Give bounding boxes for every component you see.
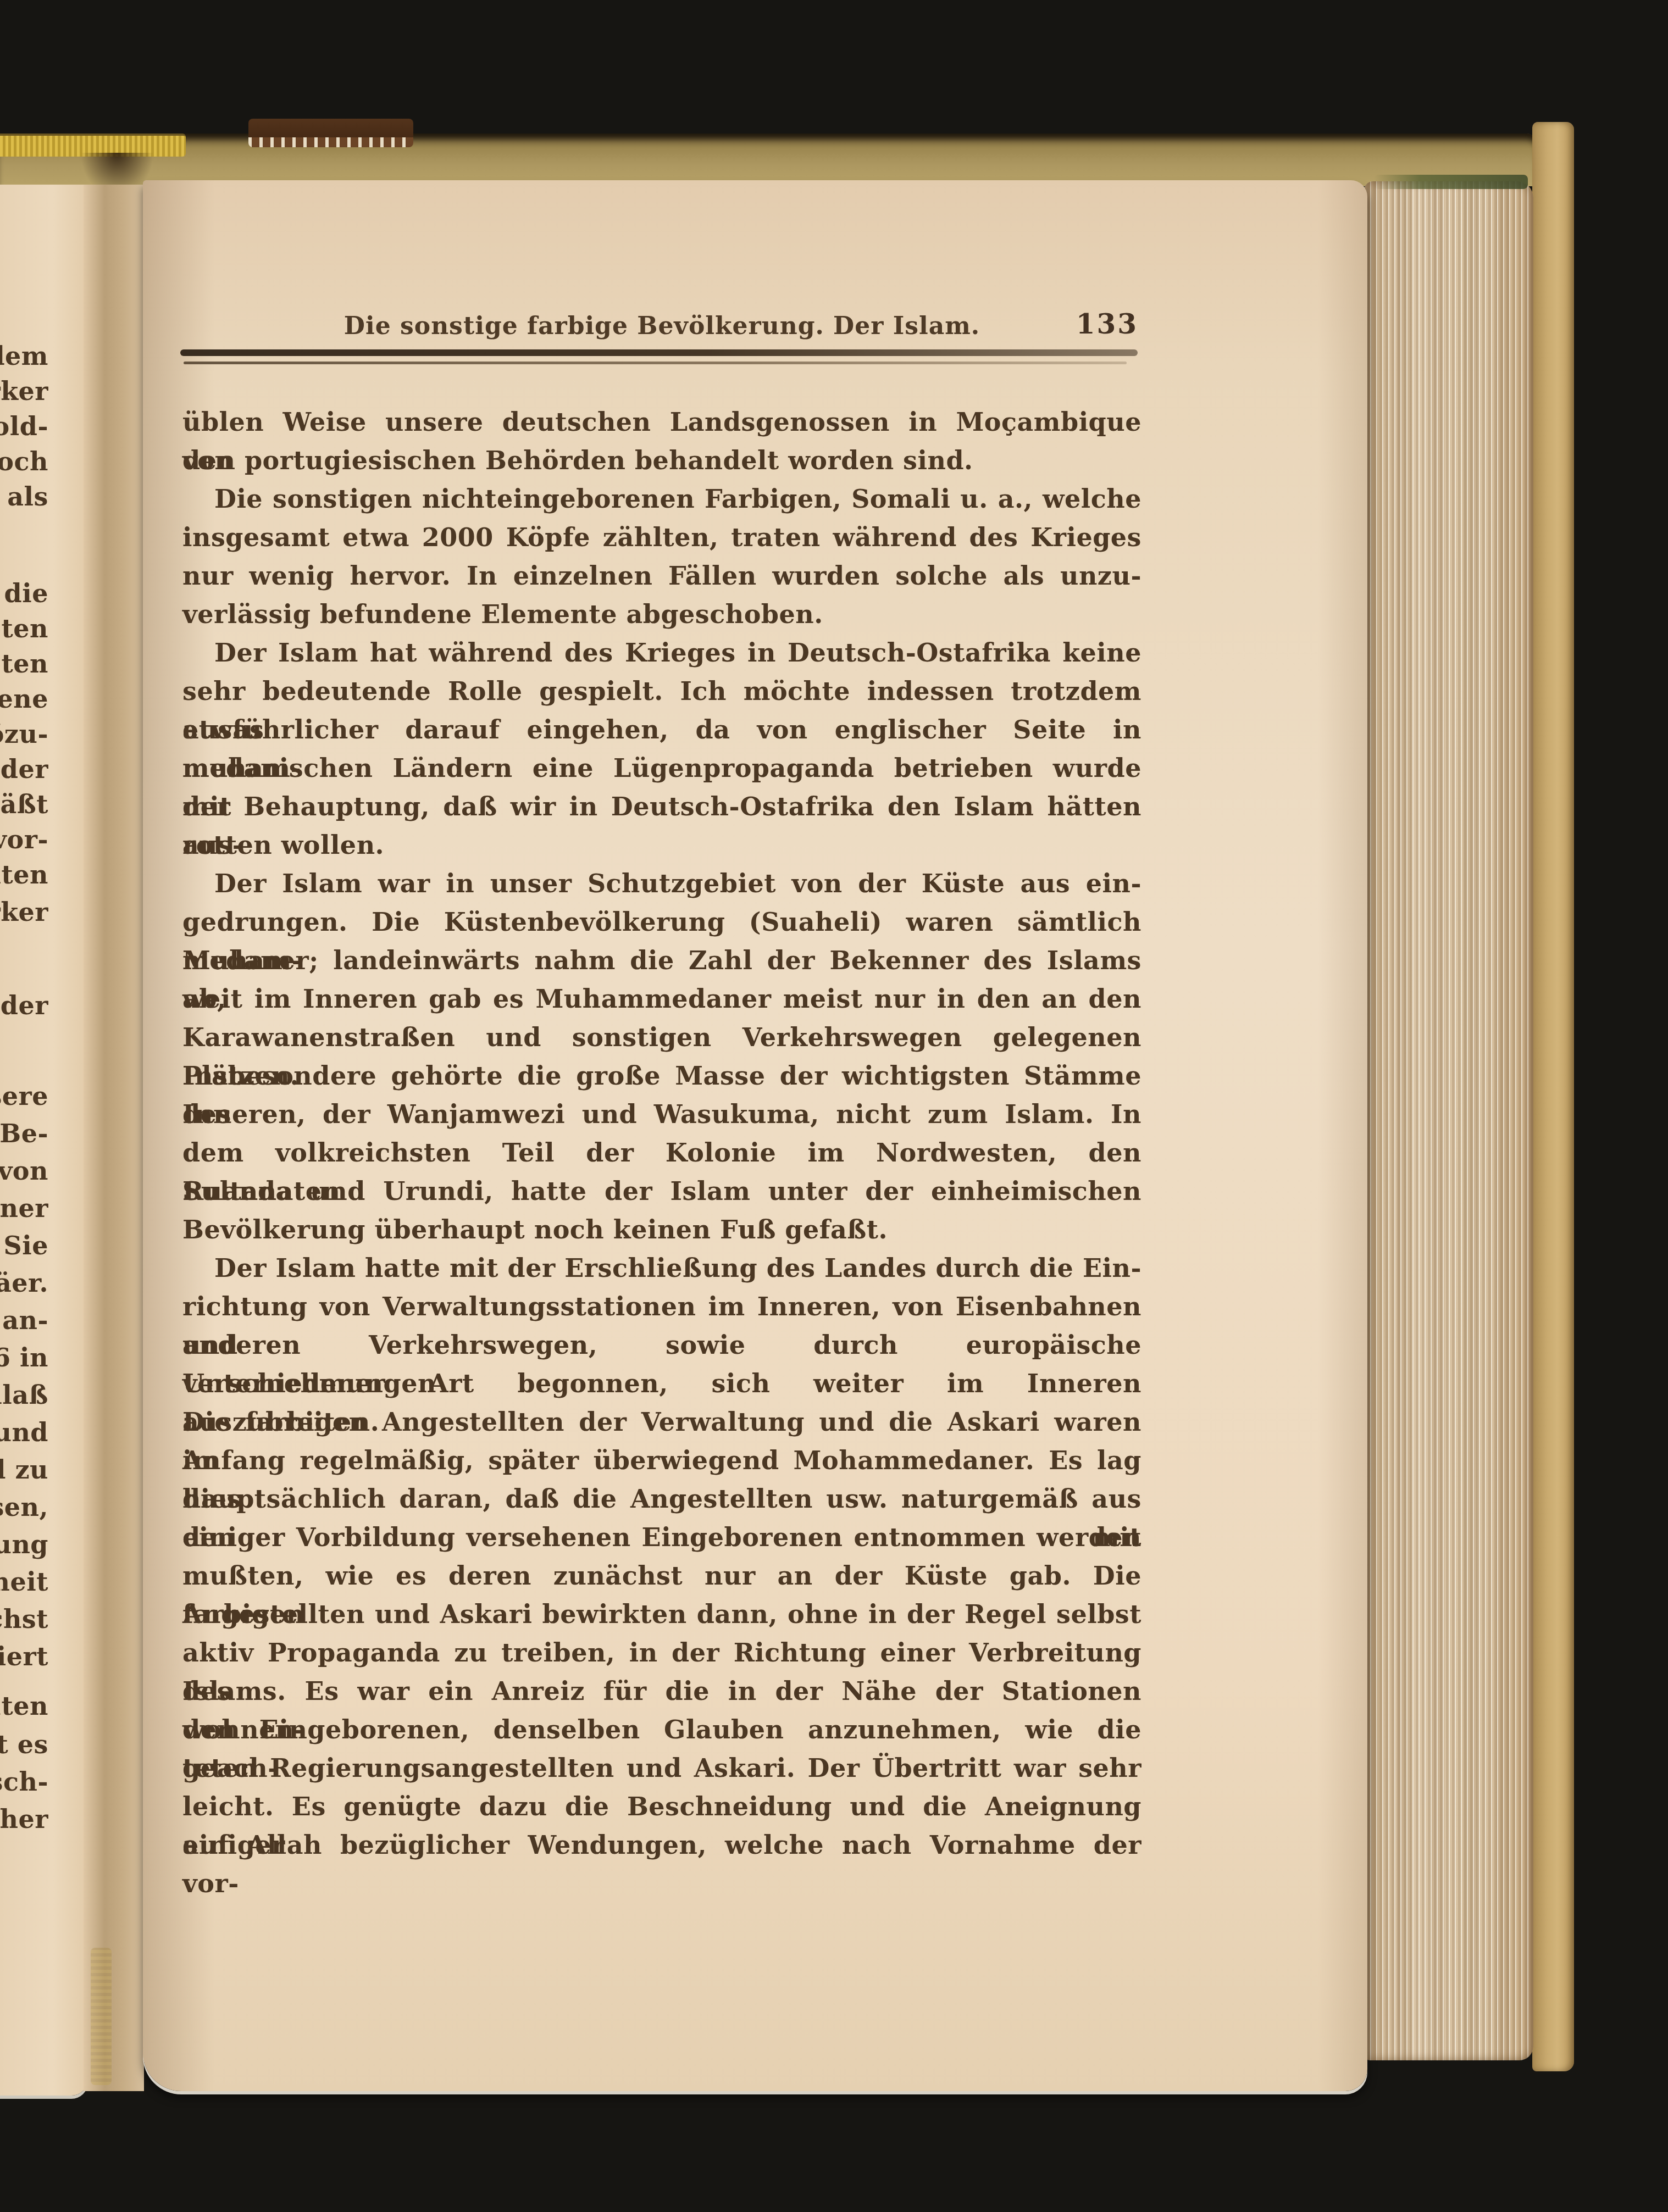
left-page-text-fragment: als [7, 480, 48, 513]
top-edge-green-stain [1374, 175, 1528, 189]
text-line: Anfang regelmäßig, später überwiegend Mo… [182, 1441, 1141, 1480]
text-line: Insbesondere gehörte die große Masse der… [182, 1057, 1141, 1095]
book-top-edge [0, 134, 1534, 186]
text-line: richtung von Verwaltungsstationen im Inn… [182, 1287, 1141, 1326]
text-line: Der Islam hat während des Krieges in Deu… [182, 633, 1141, 672]
left-page-text-fragment: dem [0, 340, 48, 373]
left-page-text-fragment: ächst [0, 1603, 48, 1636]
left-page-text-fragment: t es [0, 1728, 48, 1761]
cover-board-edge [1532, 122, 1574, 2071]
text-line: Inneren, der Wanjamwezi und Wasukuma, ni… [182, 1095, 1141, 1133]
text-line: gedrungen. Die Küstenbevölkerung (Suahel… [182, 903, 1141, 941]
left-page-text-fragment: Sie [4, 1229, 48, 1262]
body-text: üblen Weise unsere deutschen Landsgenoss… [182, 403, 1141, 1864]
left-page-text-fragment: sisch- [0, 1765, 48, 1798]
left-page-text-fragment: der [1, 989, 48, 1022]
text-line: Die farbigen Angestellten der Verwaltung… [182, 1403, 1141, 1441]
text-line: verlässig befundene Elemente abgeschoben… [182, 595, 1141, 633]
text-line: Der Islam war in unser Schutzgebiet von … [182, 864, 1141, 903]
left-page-text-fragment: iheit [0, 1565, 48, 1598]
left-page-text-fragment: iner [0, 1192, 48, 1225]
left-page-text-fragment: rene [0, 682, 48, 715]
text-line: hauptsächlich daran, daß die Angestellte… [182, 1480, 1141, 1518]
text-line: medanischen Ländern eine Lügenpropaganda… [182, 749, 1141, 787]
left-page-text-fragment: iten [0, 858, 48, 891]
text-line: aktiv Propaganda zu treiben, in der Rich… [182, 1633, 1141, 1672]
text-line: rotten wollen. [182, 826, 1141, 864]
text-line: der Behauptung, daß wir in Deutsch-Ostaf… [182, 787, 1141, 826]
left-page-text-fragment: oten [0, 612, 48, 645]
text-line: Bevölkerung überhaupt noch keinen Fuß ge… [182, 1210, 1141, 1249]
text-line: nur wenig hervor. In einzelnen Fällen wu… [182, 557, 1141, 595]
right-page: Die sonstige farbige Bevölkerung. Der Is… [143, 180, 1367, 2091]
text-line: verschiedener Art begonnen, sich weiter … [182, 1364, 1141, 1403]
fore-edge-pages [1364, 181, 1533, 2060]
left-page-text-fragment: äer. [0, 1266, 48, 1299]
text-line: Islams. Es war ein Anreiz für die in der… [182, 1672, 1141, 1710]
headband [248, 119, 413, 147]
text-line: mußten, wie es deren zunächst nur an der… [182, 1557, 1141, 1595]
left-page-text-fragment: an- [2, 1304, 48, 1337]
left-page-text-fragment: 6 in [0, 1341, 48, 1374]
text-line: ausführlicher darauf eingehen, da von en… [182, 710, 1141, 749]
left-page-text-fragment: özu- [0, 718, 48, 751]
left-page-text-fragment: rung [0, 1528, 48, 1561]
left-page-text-fragment: die [4, 577, 48, 610]
gutter-shadow [84, 185, 144, 2091]
header-rule-thick [180, 349, 1138, 356]
left-page-text-fragment: der [1, 753, 48, 786]
text-line: Die sonstigen nichteingeborenen Farbigen… [182, 480, 1141, 518]
left-page-text-fragment: esen, [0, 1491, 48, 1524]
left-page-text-fragment: lcher [0, 1803, 48, 1836]
text-line: weit im Inneren gab es Muhammedaner meis… [182, 980, 1141, 1018]
text-line: Karawanenstraßen und sonstigen Verkehrsw… [182, 1018, 1141, 1057]
text-line: üblen Weise unsere deutschen Landsgenoss… [182, 403, 1141, 441]
left-page-text-fragment: old- [0, 410, 48, 443]
text-line: Ruanda und Urundi, hatte der Islam unter… [182, 1172, 1141, 1210]
text-line: auf Allah bezüglicher Wendungen, welche … [182, 1826, 1141, 1864]
text-line: sehr bedeutende Rolle gespielt. Ich möch… [182, 672, 1141, 710]
left-page-text-fragment: oten [0, 647, 48, 680]
gold-ribbon-tail [91, 1948, 112, 2085]
left-page-text-fragment: Be- [0, 1117, 48, 1150]
left-page-text-fragment: nlaß [0, 1379, 48, 1411]
text-line: dem volkreichsten Teil der Kolonie im No… [182, 1133, 1141, 1172]
text-line: teten Regierungsangestellten und Askari.… [182, 1749, 1141, 1787]
left-page-text-fragment: rker [0, 375, 48, 408]
left-page-text-fragment: und [0, 1416, 48, 1449]
text-line: medaner; landeinwärts nahm die Zahl der … [182, 941, 1141, 980]
text-line: anderen Verkehrswegen, sowie durch europ… [182, 1326, 1141, 1364]
left-page-text-fragment: niert [0, 1640, 48, 1673]
left-page-text-fragment: ßere [0, 1080, 48, 1113]
left-page-text-fragment: läßt [0, 788, 48, 821]
left-page-text-fragment: von [0, 1154, 48, 1187]
header-rule-thin [184, 362, 1127, 364]
text-line: Der Islam hatte mit der Erschließung des… [182, 1249, 1141, 1287]
text-line: Angestellten und Askari bewirkten dann, … [182, 1595, 1141, 1633]
left-page-text-fragment: uten [0, 1689, 48, 1722]
left-page-text-fragment: vor- [0, 823, 48, 856]
left-page-text-fragment: noch [0, 445, 48, 478]
left-page-text-fragment: d zu [0, 1453, 48, 1486]
text-line: den Eingeborenen, denselben Glauben anzu… [182, 1710, 1141, 1749]
text-line: einiger Vorbildung versehenen Eingeboren… [182, 1518, 1141, 1557]
text-line: den portugiesischen Behörden behandelt w… [182, 441, 1141, 480]
running-header-title: Die sonstige farbige Bevölkerung. Der Is… [182, 311, 1141, 342]
text-line: insgesamt etwa 2000 Köpfe zählten, trate… [182, 518, 1141, 557]
left-page-text-fragment: rker [0, 896, 48, 929]
text-line: leicht. Es genügte dazu die Beschneidung… [182, 1787, 1141, 1826]
book-photo: demrkerold-nochalsdieotenotenreneözu-der… [0, 0, 1668, 2212]
page-header: Die sonstige farbige Bevölkerung. Der Is… [182, 311, 1141, 344]
page-number: 133 [1076, 309, 1138, 340]
left-page-sliver: demrkerold-nochalsdieotenotenreneözu-der… [0, 185, 88, 2096]
